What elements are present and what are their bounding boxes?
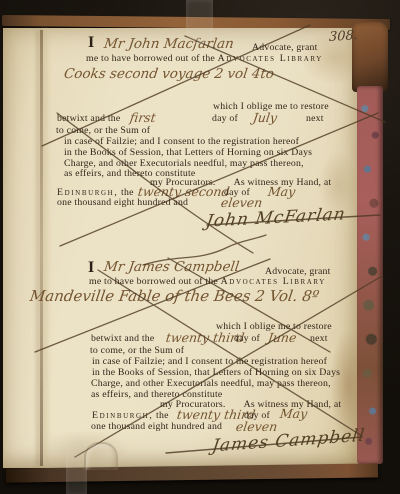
entry1-session-line: in the Books of Session, that Letters of…	[64, 147, 312, 158]
blind-stamp-arch	[84, 442, 118, 470]
the-text: the	[156, 410, 169, 421]
entry1-initial: I	[88, 34, 94, 52]
entry2-return-month-handwritten: June	[267, 330, 298, 345]
entry1-borrowed-line: me to have borrowed out of the Advocates…	[86, 53, 323, 64]
entry2-initial: I	[88, 259, 94, 277]
entry1-day-of: day of	[212, 113, 238, 124]
entry1-year-handwritten: eleven	[220, 195, 263, 210]
entry1-borrower-handwritten: Mr John Macfarlan	[103, 36, 235, 52]
entry1-failzie-line: in case of Failzie; and I consent to the…	[64, 136, 299, 147]
advocates-library-text: Advocates Library	[218, 53, 323, 64]
entry1-signed-month-handwritten: May	[267, 184, 296, 199]
entry2-betwixt: betwixt and the	[91, 333, 154, 344]
entry2-year-line: one thousand eight hundred and	[91, 421, 222, 432]
page-gutter-fold	[40, 30, 43, 466]
entry1-book-title-handwritten: Cooks second voyage 2 vol 4to	[63, 66, 275, 82]
borrowed-out-text: me to have borrowed out of the	[89, 276, 218, 287]
borrowed-out-text: me to have borrowed out of the	[86, 53, 215, 64]
entry2-session-line: in the Books of Session, that Letters of…	[92, 367, 340, 378]
entry1-return-month-handwritten: July	[252, 110, 278, 125]
entry1-betwixt: betwixt and the	[57, 113, 120, 124]
marbled-fore-edge	[357, 86, 383, 464]
entry2-signed-month-handwritten: May	[279, 406, 308, 421]
entry1-year-line: one thousand eight hundred and	[57, 197, 188, 208]
entry2-edinburgh: Edinburgh, the	[92, 410, 169, 421]
entry1-next: next	[306, 113, 324, 124]
entry2-day-of: day of	[234, 333, 260, 344]
entry2-borrowed-line: me to have borrowed out of the Advocates…	[89, 276, 326, 287]
entry2-failzie-line: in case of Failzie; and I consent to the…	[92, 356, 327, 367]
ledger-page-photo: 308. I Mr John Macfarlan Advocate, grant…	[0, 0, 400, 494]
page-number: 308.	[329, 28, 358, 45]
entry2-charge-line: Charge, and other Executorials needful, …	[91, 378, 331, 389]
entry1-return-day-handwritten: first	[129, 110, 157, 125]
entry2-borrower-handwritten: Mr James Campbell	[103, 259, 240, 275]
entry2-book-title-handwritten: Mandeville Fable of the Bees 2 Vol. 8º	[29, 287, 321, 305]
edinburgh-text: Edinburgh,	[92, 410, 153, 421]
entry2-to-come: to come, or the Sum of	[90, 345, 184, 356]
entry2-next: next	[310, 333, 328, 344]
entry1-to-come: to come, or the Sum of	[56, 125, 150, 136]
entry1-advocate-grant: Advocate, grant	[252, 42, 318, 53]
advocates-library-text: Advocates Library	[221, 276, 326, 287]
